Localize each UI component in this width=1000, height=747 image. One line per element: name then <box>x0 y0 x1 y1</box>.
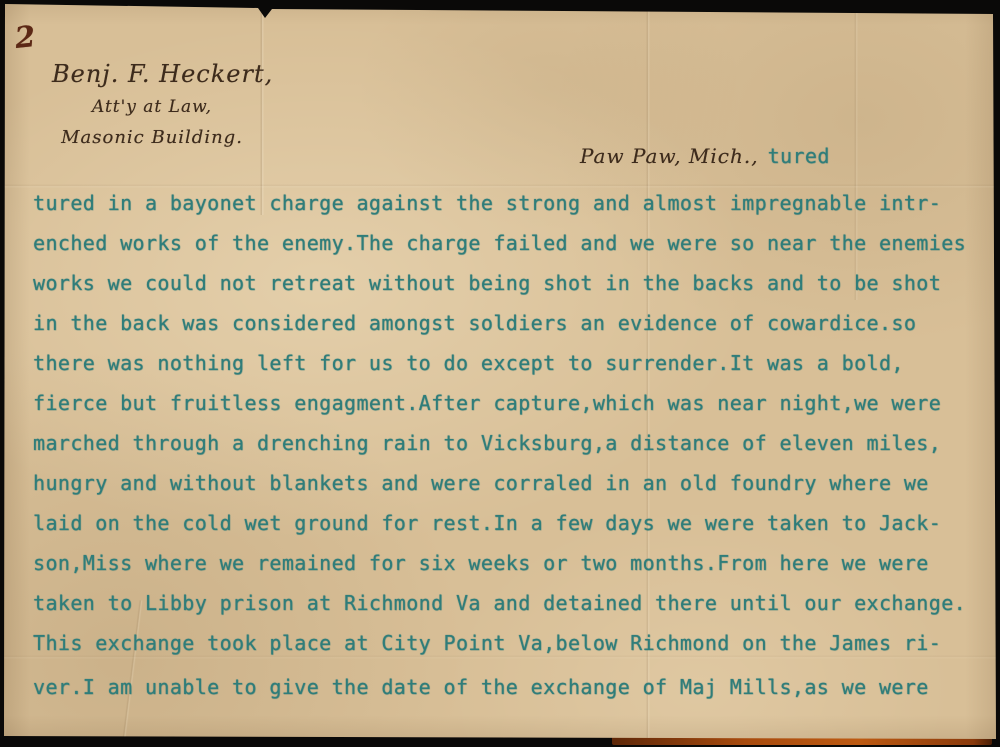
dateline-typed-word: tured <box>768 144 830 168</box>
fold-crease <box>260 0 264 215</box>
dateline: Paw Paw, Mich.,tured <box>580 144 830 168</box>
scanned-letter-page: 2 Benj. F. Heckert, Att'y at Law, Masoni… <box>0 0 1000 747</box>
dateline-printed-place: Paw Paw, Mich., <box>580 144 759 168</box>
body-line: fierce but fruitless engagment.After cap… <box>33 388 983 428</box>
letterhead-name: Benj. F. Heckert, <box>52 56 252 92</box>
handwritten-page-number: 2 <box>13 19 37 55</box>
body-line: This exchange took place at City Point V… <box>33 628 983 668</box>
body-line: there was nothing left for us to do exce… <box>33 348 983 388</box>
body-line: hungry and without blankets and were cor… <box>33 468 983 508</box>
body-line: son,Miss where we remained for six weeks… <box>33 548 983 588</box>
letterhead-building: Masonic Building. <box>52 123 252 153</box>
body-line: works we could not retreat without being… <box>33 268 983 308</box>
body-line: tured in a bayonet charge against the st… <box>33 188 983 228</box>
letterhead: Benj. F. Heckert, Att'y at Law, Masonic … <box>52 56 252 153</box>
body-line: in the back was considered amongst soldi… <box>33 308 983 348</box>
letterhead-title: Att'y at Law, <box>52 92 252 123</box>
letter-body: tured in a bayonet charge against the st… <box>33 188 983 668</box>
body-line: taken to Libby prison at Richmond Va and… <box>33 588 983 628</box>
letter-paper: 2 Benj. F. Heckert, Att'y at Law, Masoni… <box>0 0 1000 747</box>
body-line: marched through a drenching rain to Vick… <box>33 428 983 468</box>
body-line: laid on the cold wet ground for rest.In … <box>33 508 983 548</box>
body-line: ver.I am unable to give the date of the … <box>33 672 929 702</box>
body-line: enched works of the enemy.The charge fai… <box>33 228 983 268</box>
